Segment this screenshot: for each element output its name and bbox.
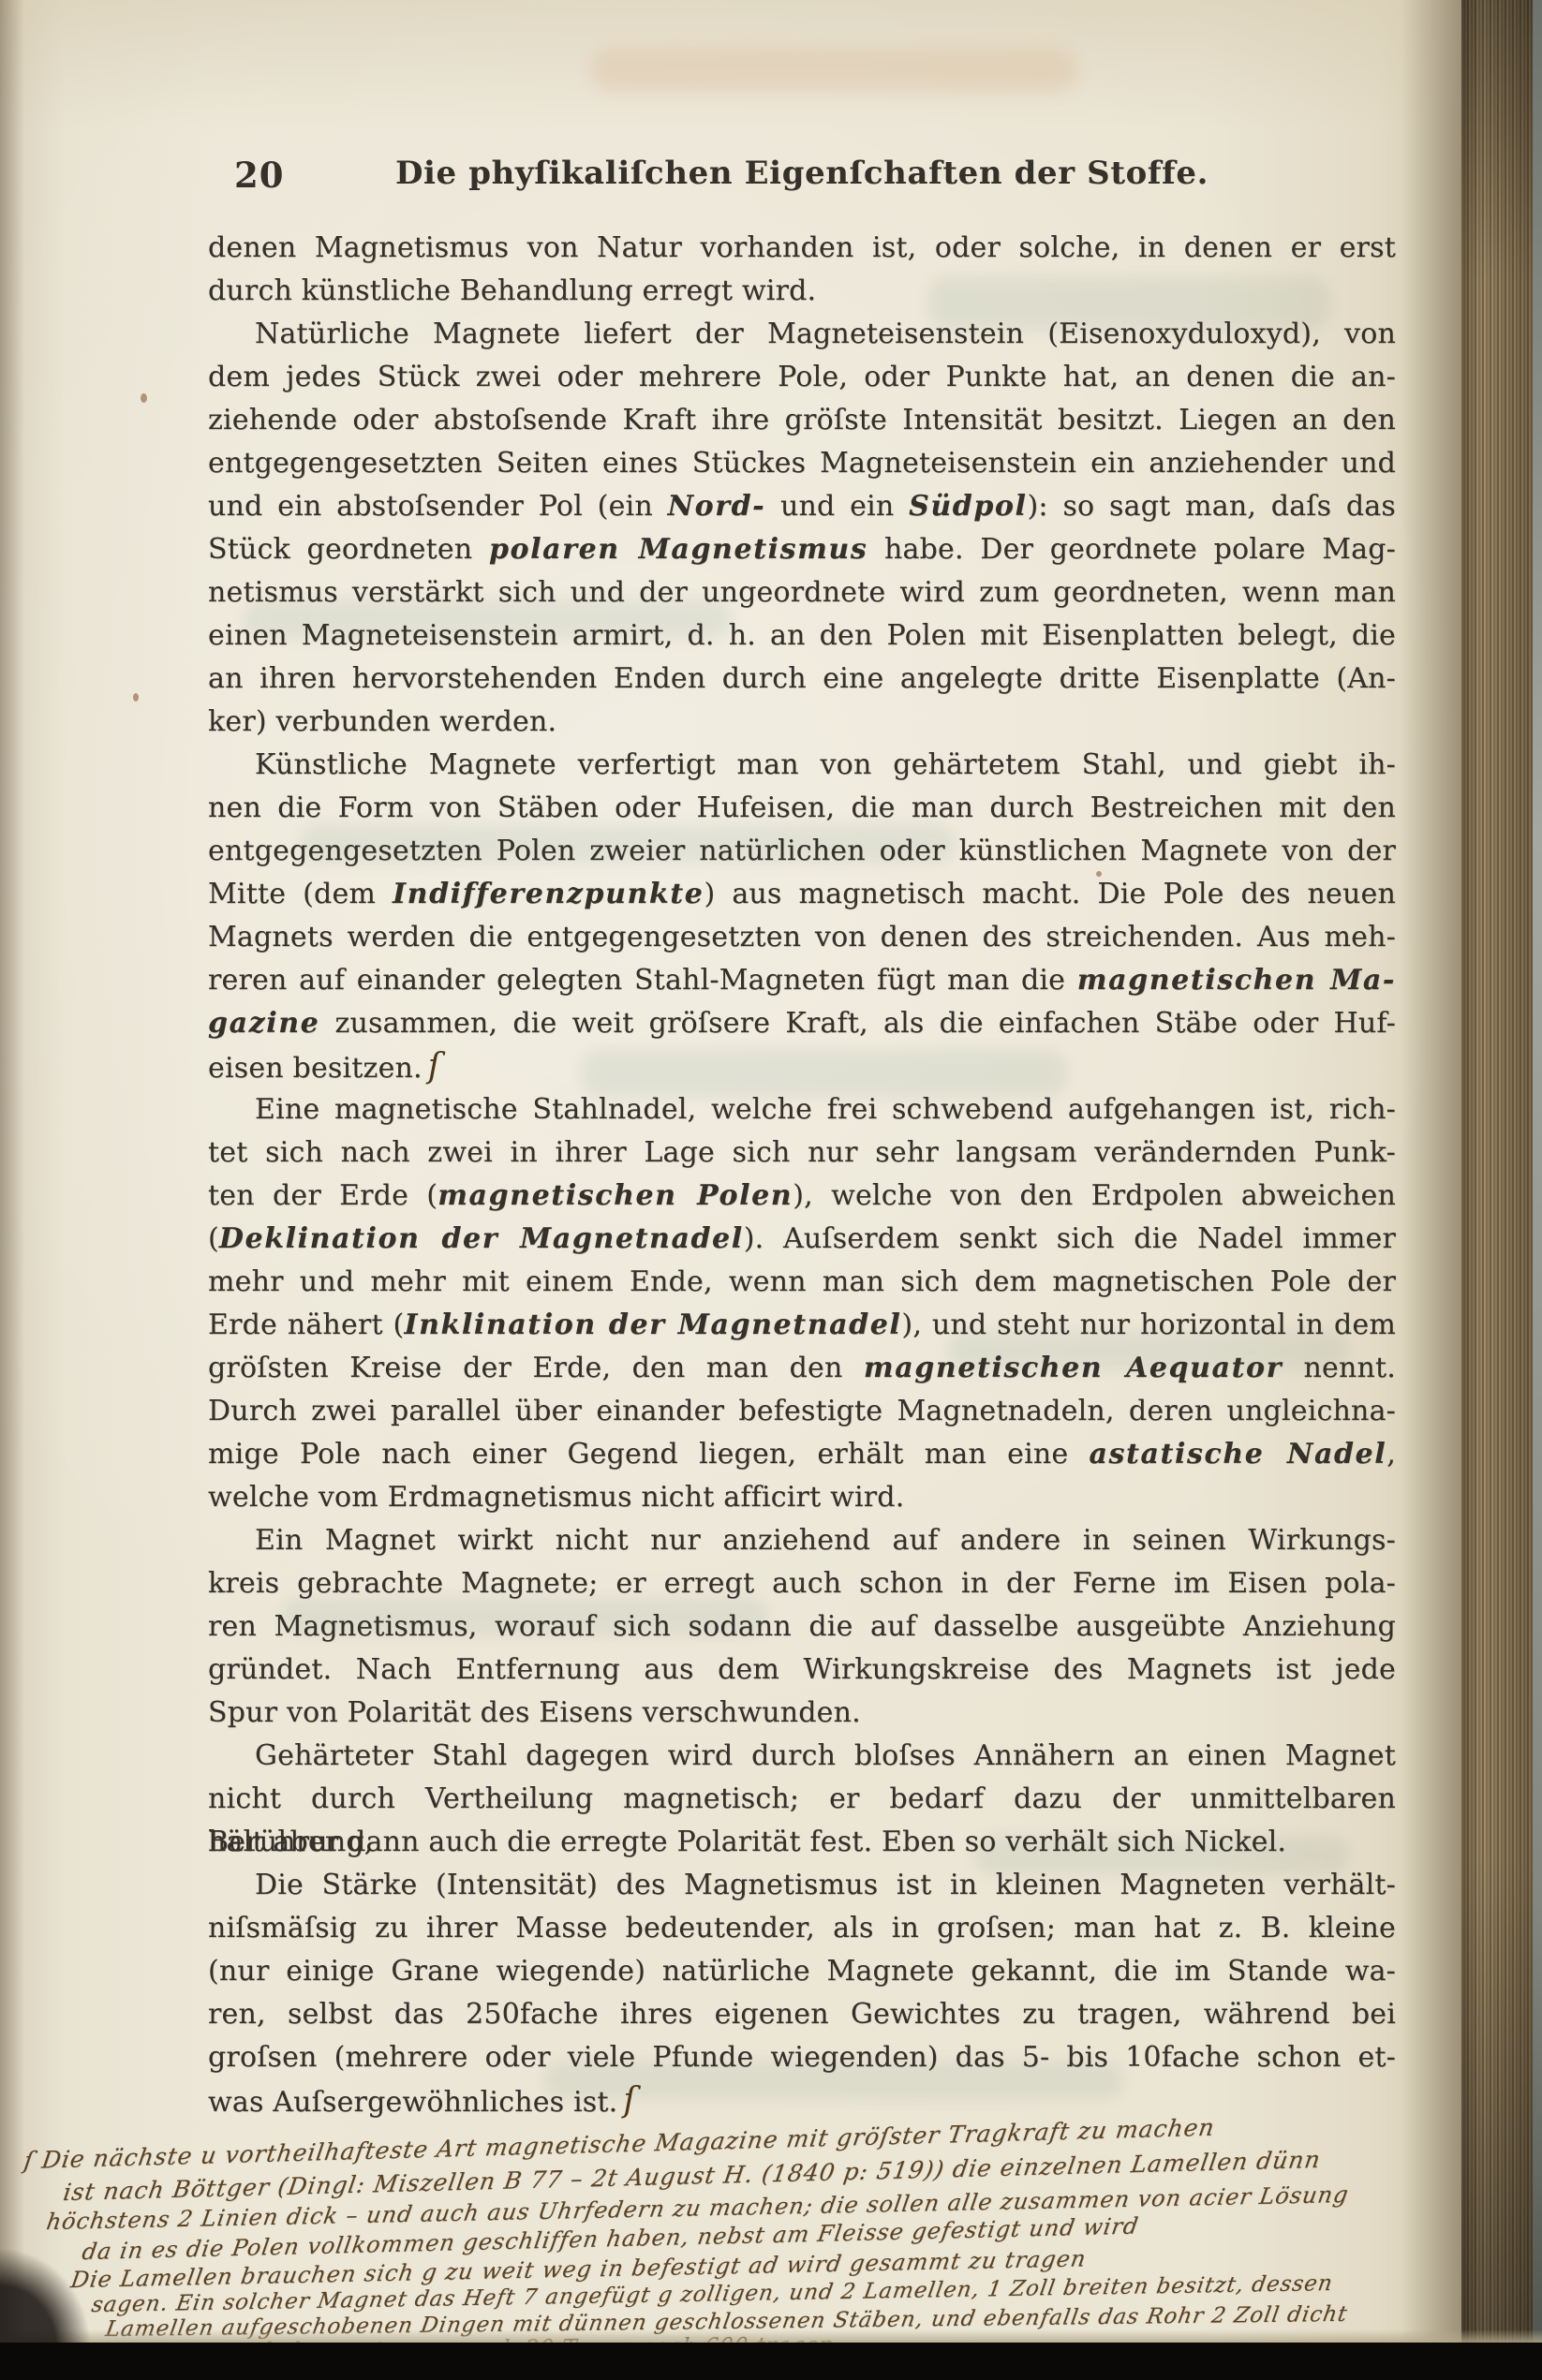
stain-artifact bbox=[141, 393, 147, 403]
text-line: gröſsten Kreise der Erde, den man den ma… bbox=[208, 1347, 1396, 1390]
text-line: entgegengesetzten Seiten eines Stückes M… bbox=[208, 442, 1396, 485]
text-line: ren Magnetismus, worauf sich sodann die … bbox=[208, 1605, 1396, 1648]
text-line: nen die Form von Stäben oder Hufeisen, d… bbox=[208, 787, 1396, 830]
page-left-edge-shade bbox=[0, 0, 24, 2380]
text-line: Stück geordneten polaren Magnetismus hab… bbox=[208, 528, 1396, 571]
ink-insertion-mark: ſ bbox=[428, 1047, 441, 1086]
handwritten-note-line: Die Lamellen brauchen sich g zu weit weg… bbox=[69, 2245, 1089, 2293]
page-header: 20 Die phyſikaliſchen Eigenſchaften der … bbox=[208, 155, 1396, 200]
text-line: groſsen (mehrere oder viele Pfunde wiege… bbox=[208, 2036, 1396, 2079]
scan-background-band bbox=[0, 2343, 1542, 2380]
text-line: eisen besitzen.ſ bbox=[208, 1045, 1396, 1088]
text-line: (Deklination der Magnetnadel). Auſserdem… bbox=[208, 1218, 1396, 1261]
text-line: Eine magnetische Stahlnadel, welche frei… bbox=[208, 1088, 1396, 1131]
text-line: Magnets werden die entgegengesetzten von… bbox=[208, 916, 1396, 959]
scanner-edge-strip bbox=[1533, 0, 1542, 2380]
text-line: durch künstliche Behandlung erregt wird. bbox=[208, 270, 1396, 313]
text-line: Natürliche Magnete liefert der Magneteis… bbox=[208, 313, 1396, 356]
text-line: Erde nähert (Inklination der Magnetnadel… bbox=[208, 1304, 1396, 1347]
text-line: hält aber dann auch die erregte Polaritä… bbox=[208, 1821, 1396, 1864]
text-line: Spur von Polarität des Eisens verschwund… bbox=[208, 1692, 1396, 1735]
text-line: tet sich nach zwei in ihrer Lage sich nu… bbox=[208, 1131, 1396, 1175]
handwritten-note-line: höchstens 2 Linien dick – und auch aus U… bbox=[45, 2181, 1351, 2235]
text-line: an ihren hervorstehenden Enden durch ein… bbox=[208, 658, 1396, 701]
running-title: Die phyſikaliſchen Eigenſchaften der Sto… bbox=[208, 155, 1396, 192]
text-line: niſsmäſsig zu ihrer Masse bedeutender, a… bbox=[208, 1907, 1396, 1950]
text-line: Mitte (dem Indifferenzpunkte) aus magnet… bbox=[208, 873, 1396, 916]
text-line: ker) verbunden werden. bbox=[208, 701, 1396, 744]
page-number: 20 bbox=[234, 155, 285, 196]
text-line: entgegengesetzten Polen zweier natürlich… bbox=[208, 830, 1396, 873]
stain-artifact bbox=[133, 693, 139, 702]
text-line: denen Magnetismus von Natur vorhanden is… bbox=[208, 227, 1396, 270]
text-line: mige Pole nach einer Gegend liegen, erhä… bbox=[208, 1433, 1396, 1476]
text-line: gründet. Nach Entfernung aus dem Wirkung… bbox=[208, 1648, 1396, 1692]
book-fore-edge bbox=[1461, 0, 1533, 2380]
ink-insertion-mark: ſ bbox=[623, 2081, 636, 2120]
page-corner-curl-shadow bbox=[0, 2225, 112, 2346]
text-line: ziehende oder abstoſsende Kraft ihre grö… bbox=[208, 399, 1396, 442]
text-line: Künstliche Magnete verfertigt man von ge… bbox=[208, 744, 1396, 787]
text-line: Die Stärke (Intensität) des Magnetismus … bbox=[208, 1864, 1396, 1907]
text-line: Durch zwei parallel über einander befest… bbox=[208, 1390, 1396, 1433]
text-line: mehr und mehr mit einem Ende, wenn man s… bbox=[208, 1261, 1396, 1304]
text-line: Gehärteter Stahl dagegen wird durch bloſ… bbox=[208, 1735, 1396, 1778]
body-text: denen Magnetismus von Natur vorhanden is… bbox=[208, 227, 1396, 2122]
text-line: und ein abstoſsender Pol (ein Nord- und … bbox=[208, 485, 1396, 528]
text-line: einen Magneteisenstein armirt, d. h. an … bbox=[208, 614, 1396, 658]
text-line: welche vom Erdmagnetismus nicht afficirt… bbox=[208, 1476, 1396, 1519]
text-line: was Auſsergewöhnliches ist.ſ bbox=[208, 2079, 1396, 2122]
text-line: kreis gebrachte Magnete; er erregt auch … bbox=[208, 1562, 1396, 1605]
text-line: netismus verstärkt sich und der ungeordn… bbox=[208, 571, 1396, 614]
text-line: ren, selbst das 250fache ihres eigenen G… bbox=[208, 1993, 1396, 2036]
text-line: reren auf einander gelegten Stahl-Magnet… bbox=[208, 959, 1396, 1002]
text-line: (nur einige Grane wiegende) natürliche M… bbox=[208, 1950, 1396, 1993]
text-line: nicht durch Vertheilung magnetisch; er b… bbox=[208, 1778, 1396, 1821]
ink-offset-ghost-artifact bbox=[590, 49, 1077, 92]
text-line: gazine zusammen, die weit gröſsere Kraft… bbox=[208, 1002, 1396, 1045]
handwritten-note-line: da in es die Polen vollkommen geschliffe… bbox=[81, 2212, 1141, 2265]
handwritten-note-line: ſ Die nächste u vortheilhafteste Art mag… bbox=[22, 2114, 1217, 2175]
text-line: ten der Erde (magnetischen Polen), welch… bbox=[208, 1175, 1396, 1218]
handwritten-note-line: ist nach Böttger (Dingl: Miszellen B 77 … bbox=[62, 2146, 1323, 2206]
gutter-shadow bbox=[1401, 0, 1461, 2380]
scanned-page: 20 Die phyſikaliſchen Eigenſchaften der … bbox=[0, 0, 1542, 2380]
text-line: Ein Magnet wirkt nicht nur anziehend auf… bbox=[208, 1519, 1396, 1562]
handwritten-note-line: sagen. Ein solcher Magnet das Heft 7 ang… bbox=[90, 2271, 1335, 2317]
text-line: dem jedes Stück zwei oder mehrere Pole, … bbox=[208, 356, 1396, 399]
